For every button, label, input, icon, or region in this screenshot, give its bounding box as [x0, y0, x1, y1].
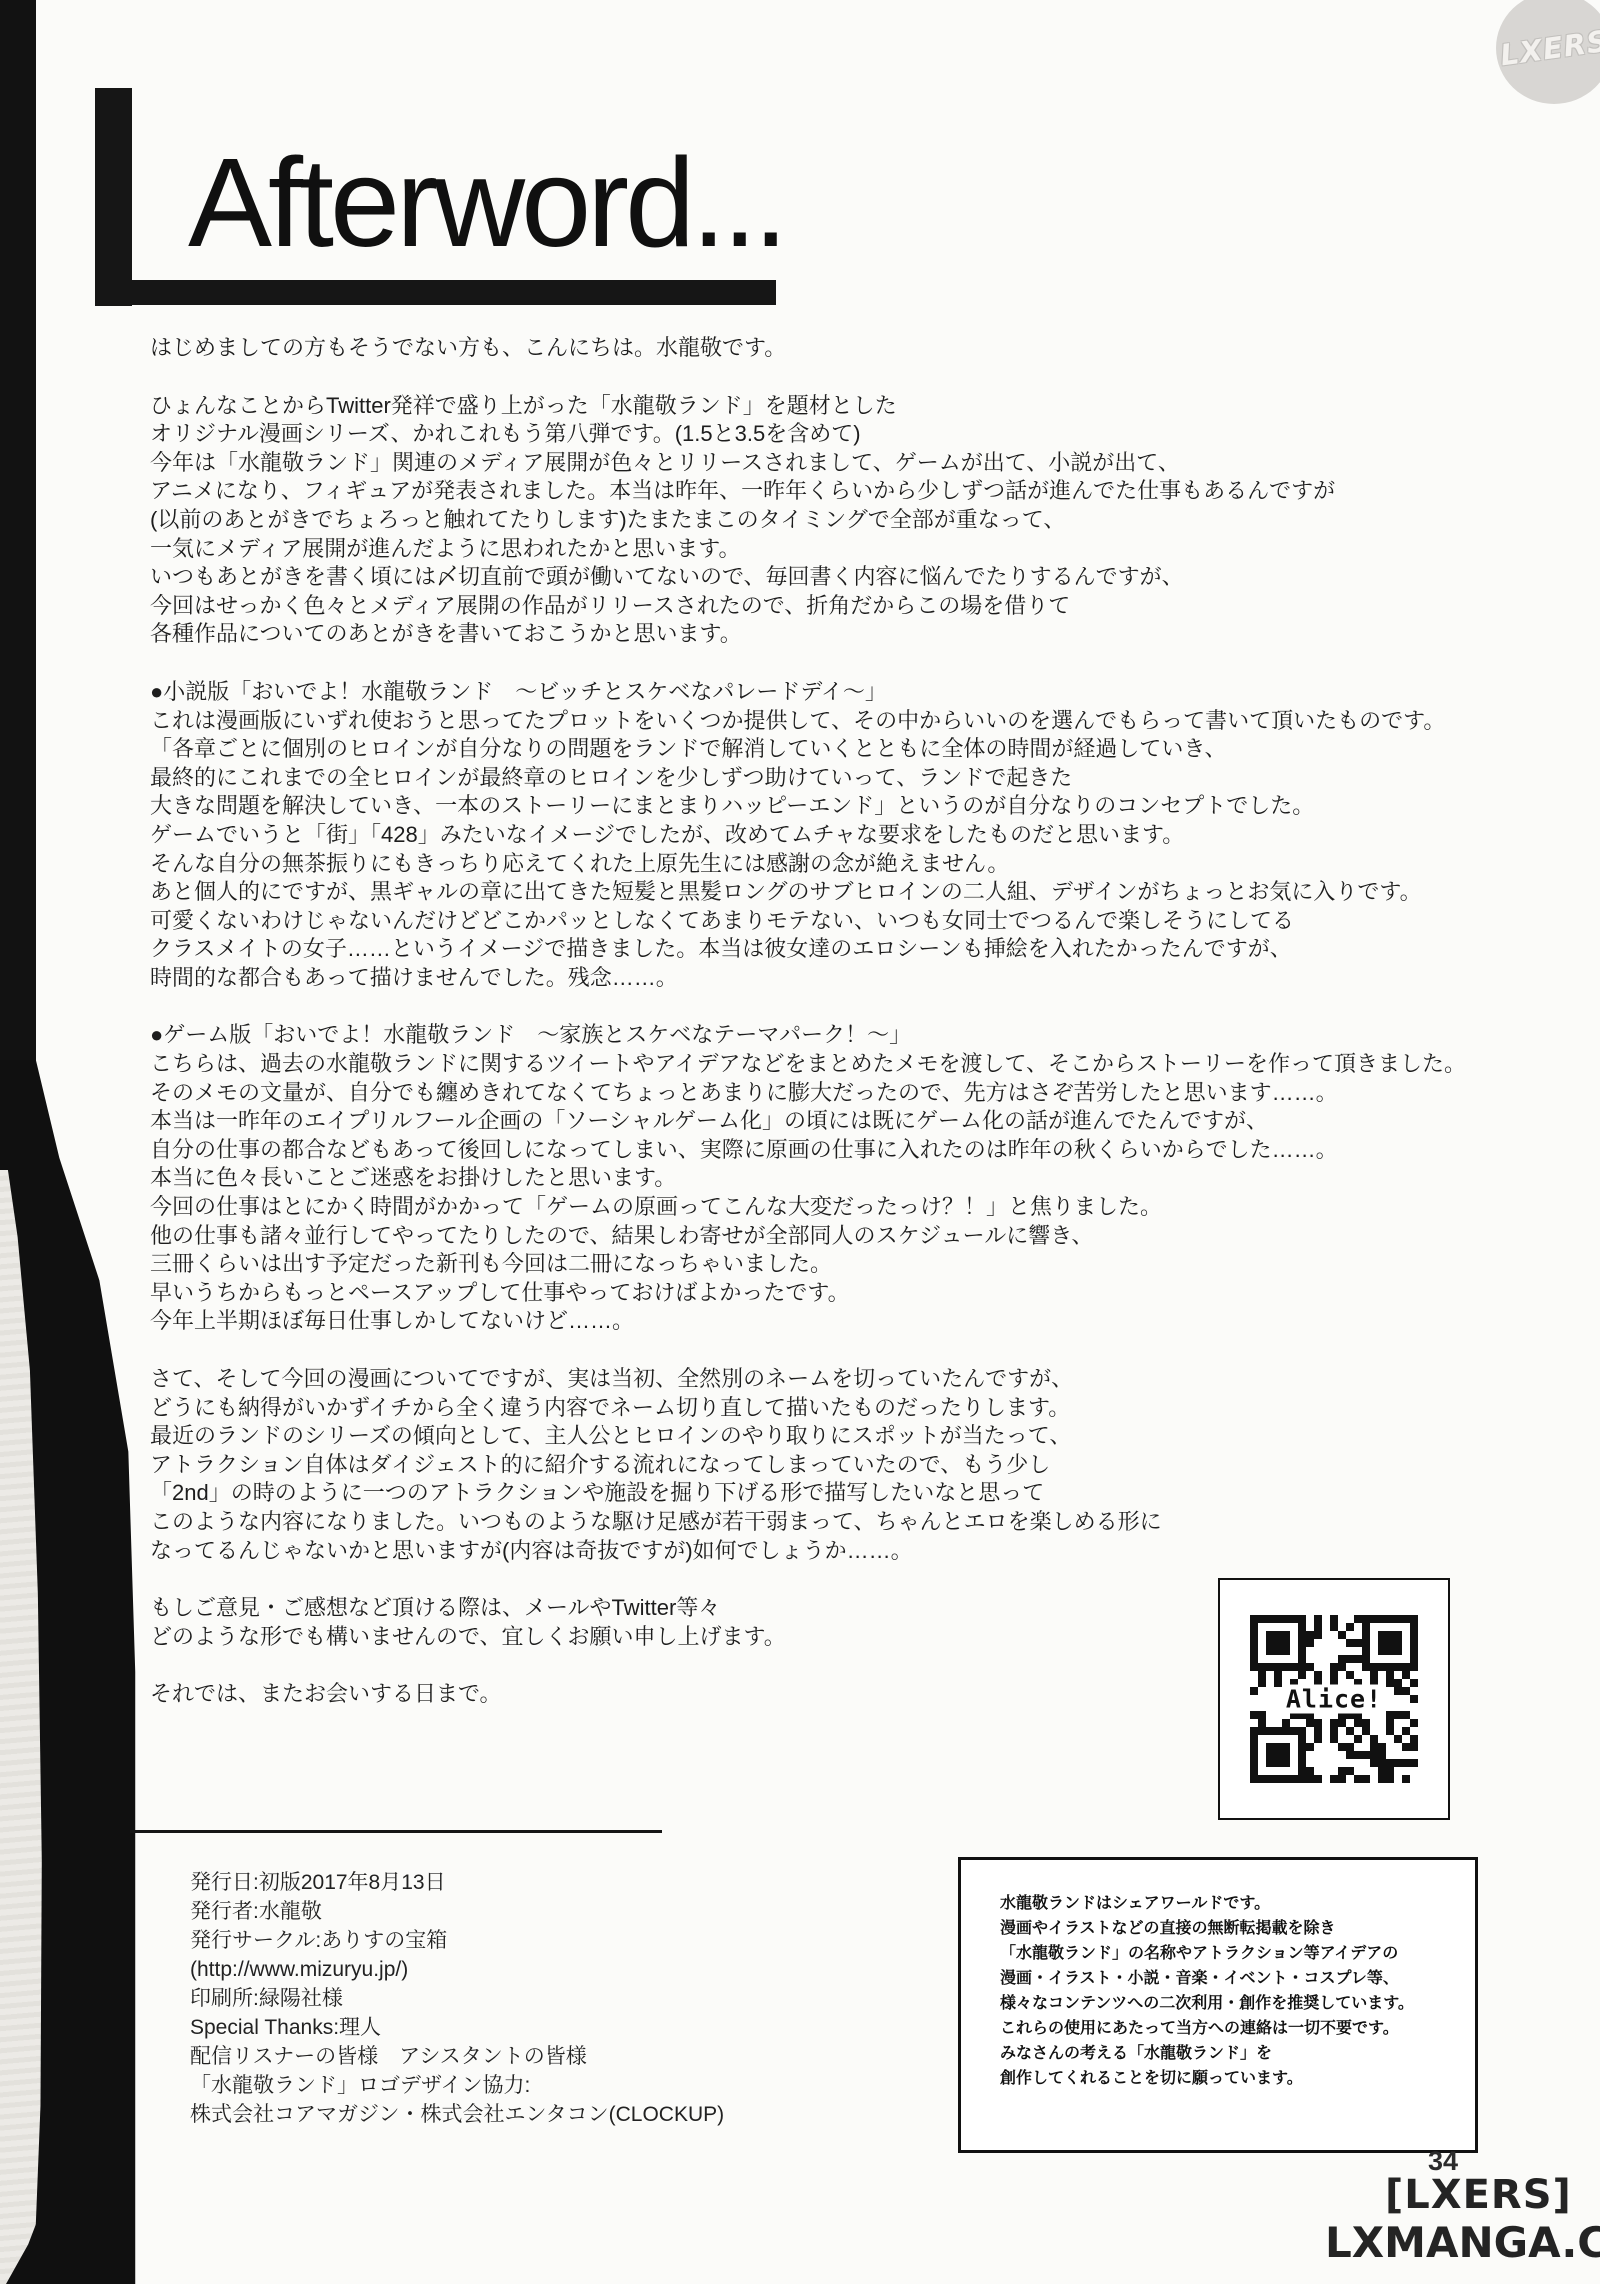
text-line: 「各章ごとに個別のヒロインが自分なりの問題をランドで解消していくとともに全体の時…: [150, 735, 1490, 764]
text-line: 今年上半期ほぼ毎日仕事しかしてないけど……。: [150, 1307, 1490, 1336]
text-line: 発行者:水龍敬: [190, 1897, 724, 1926]
text-line: 最近のランドのシリーズの傾向として、主人公とヒロインのやり取りにスポットが当たっ…: [150, 1422, 1490, 1451]
lxers-corner-watermark: LXERS: [1496, 0, 1600, 104]
text-line: そのメモの文量が、自分でも纏めきれてなくてちょっとあまりに膨大だったので、先方は…: [150, 1079, 1490, 1108]
text-line: 水龍敬ランドはシェアワールドです。: [1000, 1891, 1463, 1916]
text-line: 本当は一昨年のエイプリルフール企画の「ソーシャルゲーム化」の頃には既にゲーム化の…: [150, 1107, 1490, 1136]
text-line: これらの使用にあたって当方への連絡は一切不要です。: [1000, 2016, 1463, 2041]
lxers-watermark: [LXERS]: [1385, 2172, 1555, 2218]
text-line: ひょんなことからTwitter発祥で盛り上がった「水龍敬ランド」を題材とした: [150, 392, 1490, 421]
text-line: ●ゲーム版「おいでよ！水龍敬ランド ～家族とスケベなテーマパーク！～」: [150, 1021, 1490, 1050]
text-line: アニメになり、フィギュアが発表されました。本当は昨年、一昨年くらいから少しずつ話…: [150, 477, 1490, 506]
title-left-bar: [95, 88, 132, 306]
text-line: クラスメイトの女子……というイメージで描きました。本当は彼女達のエロシーンも挿絵…: [150, 935, 1490, 964]
license-box: 水龍敬ランドはシェアワールドです。漫画やイラストなどの直接の無断転掲載を除き「水…: [958, 1857, 1478, 2153]
text-line: 漫画やイラストなどの直接の無断転掲載を除き: [1000, 1916, 1463, 1941]
afterword-text: はじめましての方もそうでない方も、こんにちは。水龍敬です。 ひょんなことからTw…: [150, 334, 1490, 1738]
text-line: みなさんの考える「水龍敬ランド」を: [1000, 2041, 1463, 2066]
text-line: 様々なコンテンツへの二次利用・創作を推奨しています。: [1000, 1991, 1463, 2016]
text-line: 早いうちからもっとペースアップして仕事やっておけばよかったです。: [150, 1279, 1490, 1308]
text-line: オリジナル漫画シリーズ、かれこれもう第八弾です。(1.5と3.5を含めて): [150, 420, 1490, 449]
text-line: 今年は「水龍敬ランド」関連のメディア展開が色々とリリースされまして、ゲームが出て…: [150, 449, 1490, 478]
colophon: 発行日:初版2017年8月13日発行者:水龍敬発行サークル:ありすの宝箱(htt…: [190, 1868, 724, 2129]
text-line: こちらは、過去の水龍敬ランドに関するツイートやアイデアなどをまとめたメモを渡して…: [150, 1050, 1490, 1079]
text-line: どうにも納得がいかずイチから全く違う内容でネーム切り直して描いたものだったりしま…: [150, 1394, 1490, 1423]
text-line: 発行日:初版2017年8月13日: [190, 1868, 724, 1897]
paragraph-greeting: はじめましての方もそうでない方も、こんにちは。水龍敬です。: [150, 334, 1490, 363]
qr-label: Alice!: [1283, 1685, 1385, 1714]
text-line: 他の仕事も諸々並行してやってたりしたので、結果しわ寄せが全部同人のスケジュールに…: [150, 1222, 1490, 1251]
text-line: Special Thanks:理人: [190, 2013, 724, 2042]
paragraph-game-section: ●ゲーム版「おいでよ！水龍敬ランド ～家族とスケベなテーマパーク！～」こちらは、…: [150, 1021, 1490, 1336]
text-line: あと個人的にですが、黒ギャルの章に出てきた短髪と黒髪ロングのサブヒロインの二人組…: [150, 878, 1490, 907]
text-line: ゲームでいうと「街」「428」みたいなイメージでしたが、改めてムチャな要求をした…: [150, 821, 1490, 850]
text-line: 創作してくれることを切に願っています。: [1000, 2066, 1463, 2091]
text-line: 今回はせっかく色々とメディア展開の作品がリリースされたので、折角だからこの場を借…: [150, 592, 1490, 621]
text-line: 時間的な都合もあって描けませんでした。残念……。: [150, 964, 1490, 993]
text-line: 大きな問題を解決していき、一本のストーリーにまとまりハッピーエンド」というのが自…: [150, 792, 1490, 821]
text-line: このような内容になりました。いつものような駆け足感が若干弱まって、ちゃんとエロを…: [150, 1508, 1490, 1537]
text-line: 「2nd」の時のように一つのアトラクションや施設を掘り下げる形で描写したいなと思…: [150, 1479, 1490, 1508]
text-line: 可愛くないわけじゃないんだけどどこかパッとしなくてあまりモテない、いつも女同士で…: [150, 907, 1490, 936]
text-line: (http://www.mizuryu.jp/): [190, 1955, 724, 1984]
text-line: アトラクション自体はダイジェスト的に紹介する流れになってしまっていたので、もう少…: [150, 1451, 1490, 1480]
text-line: 三冊くらいは出す予定だった新刊も今回は二冊になっちゃいました。: [150, 1250, 1490, 1279]
text-line: 一気にメディア展開が進んだように思われたかと思います。: [150, 535, 1490, 564]
text-line: (以前のあとがきでちょろっと触れてたりします)たまたまこのタイミングで全部が重な…: [150, 506, 1490, 535]
text-line: 最終的にこれまでの全ヒロインが最終章のヒロインを少しずつ助けていって、ランドで起…: [150, 764, 1490, 793]
text-line: はじめましての方もそうでない方も、こんにちは。水龍敬です。: [150, 334, 1490, 363]
title-underline-bar: [95, 280, 776, 305]
text-line: 発行サークル:ありすの宝箱: [190, 1926, 724, 1955]
lxers-corner-logo-text: LXERS: [1498, 24, 1600, 73]
text-line: 株式会社コアマガジン・株式会社エンタコン(CLOCKUP): [190, 2100, 724, 2129]
text-line: 漫画・イラスト・小説・音楽・イベント・コスプレ等、: [1000, 1966, 1463, 1991]
text-line: 配信リスナーの皆様 アシスタントの皆様: [190, 2042, 724, 2071]
lxmanga-watermark: LXMANGA.COM: [1325, 2218, 1600, 2267]
page-title: Afterword...: [188, 140, 784, 266]
text-line: さて、そして今回の漫画についてですが、実は当初、全然別のネームを切っていたんです…: [150, 1365, 1490, 1394]
text-line: 各種作品についてのあとがきを書いておこうかと思います。: [150, 620, 1490, 649]
text-line: いつもあとがきを書く頃には〆切直前で頭が働いてないので、毎回書く内容に悩んでたり…: [150, 563, 1490, 592]
text-line: なってるんじゃないかと思いますが(内容は奇抜ですが)如何でしょうか……。: [150, 1537, 1490, 1566]
text-line: 印刷所:緑陽社様: [190, 1984, 724, 2013]
text-line: そんな自分の無茶振りにもきっちり応えてくれた上原先生には感謝の念が絶えません。: [150, 850, 1490, 879]
paragraph-intro: ひょんなことからTwitter発祥で盛り上がった「水龍敬ランド」を題材としたオリ…: [150, 392, 1490, 649]
text-line: これは漫画版にいずれ使おうと思ってたプロットをいくつか提供して、その中からいいの…: [150, 707, 1490, 736]
qr-code: Alice!: [1218, 1578, 1450, 1820]
afterword-page: LXERS Afterword... はじめましての方もそうでない方も、こんにち…: [0, 0, 1600, 2284]
paragraph-novel-section: ●小説版「おいでよ！水龍敬ランド ～ビッチとスケベなパレードデイ～」これは漫画版…: [150, 678, 1490, 993]
text-line: 本当に色々長いことご迷惑をお掛けしたと思います。: [150, 1164, 1490, 1193]
colophon-divider: [130, 1830, 662, 1833]
text-line: ●小説版「おいでよ！水龍敬ランド ～ビッチとスケベなパレードデイ～」: [150, 678, 1490, 707]
text-line: 自分の仕事の都合などもあって後回しになってしまい、実際に原画の仕事に入れたのは昨…: [150, 1136, 1490, 1165]
paragraph-manga-notes: さて、そして今回の漫画についてですが、実は当初、全然別のネームを切っていたんです…: [150, 1365, 1490, 1565]
text-line: 今回の仕事はとにかく時間がかかって「ゲームの原画ってこんな大変だったっけ？！」と…: [150, 1193, 1490, 1222]
text-line: 「水龍敬ランド」ロゴデザイン協力:: [190, 2071, 724, 2100]
text-line: 「水龍敬ランド」の名称やアトラクション等アイデアの: [1000, 1941, 1463, 1966]
